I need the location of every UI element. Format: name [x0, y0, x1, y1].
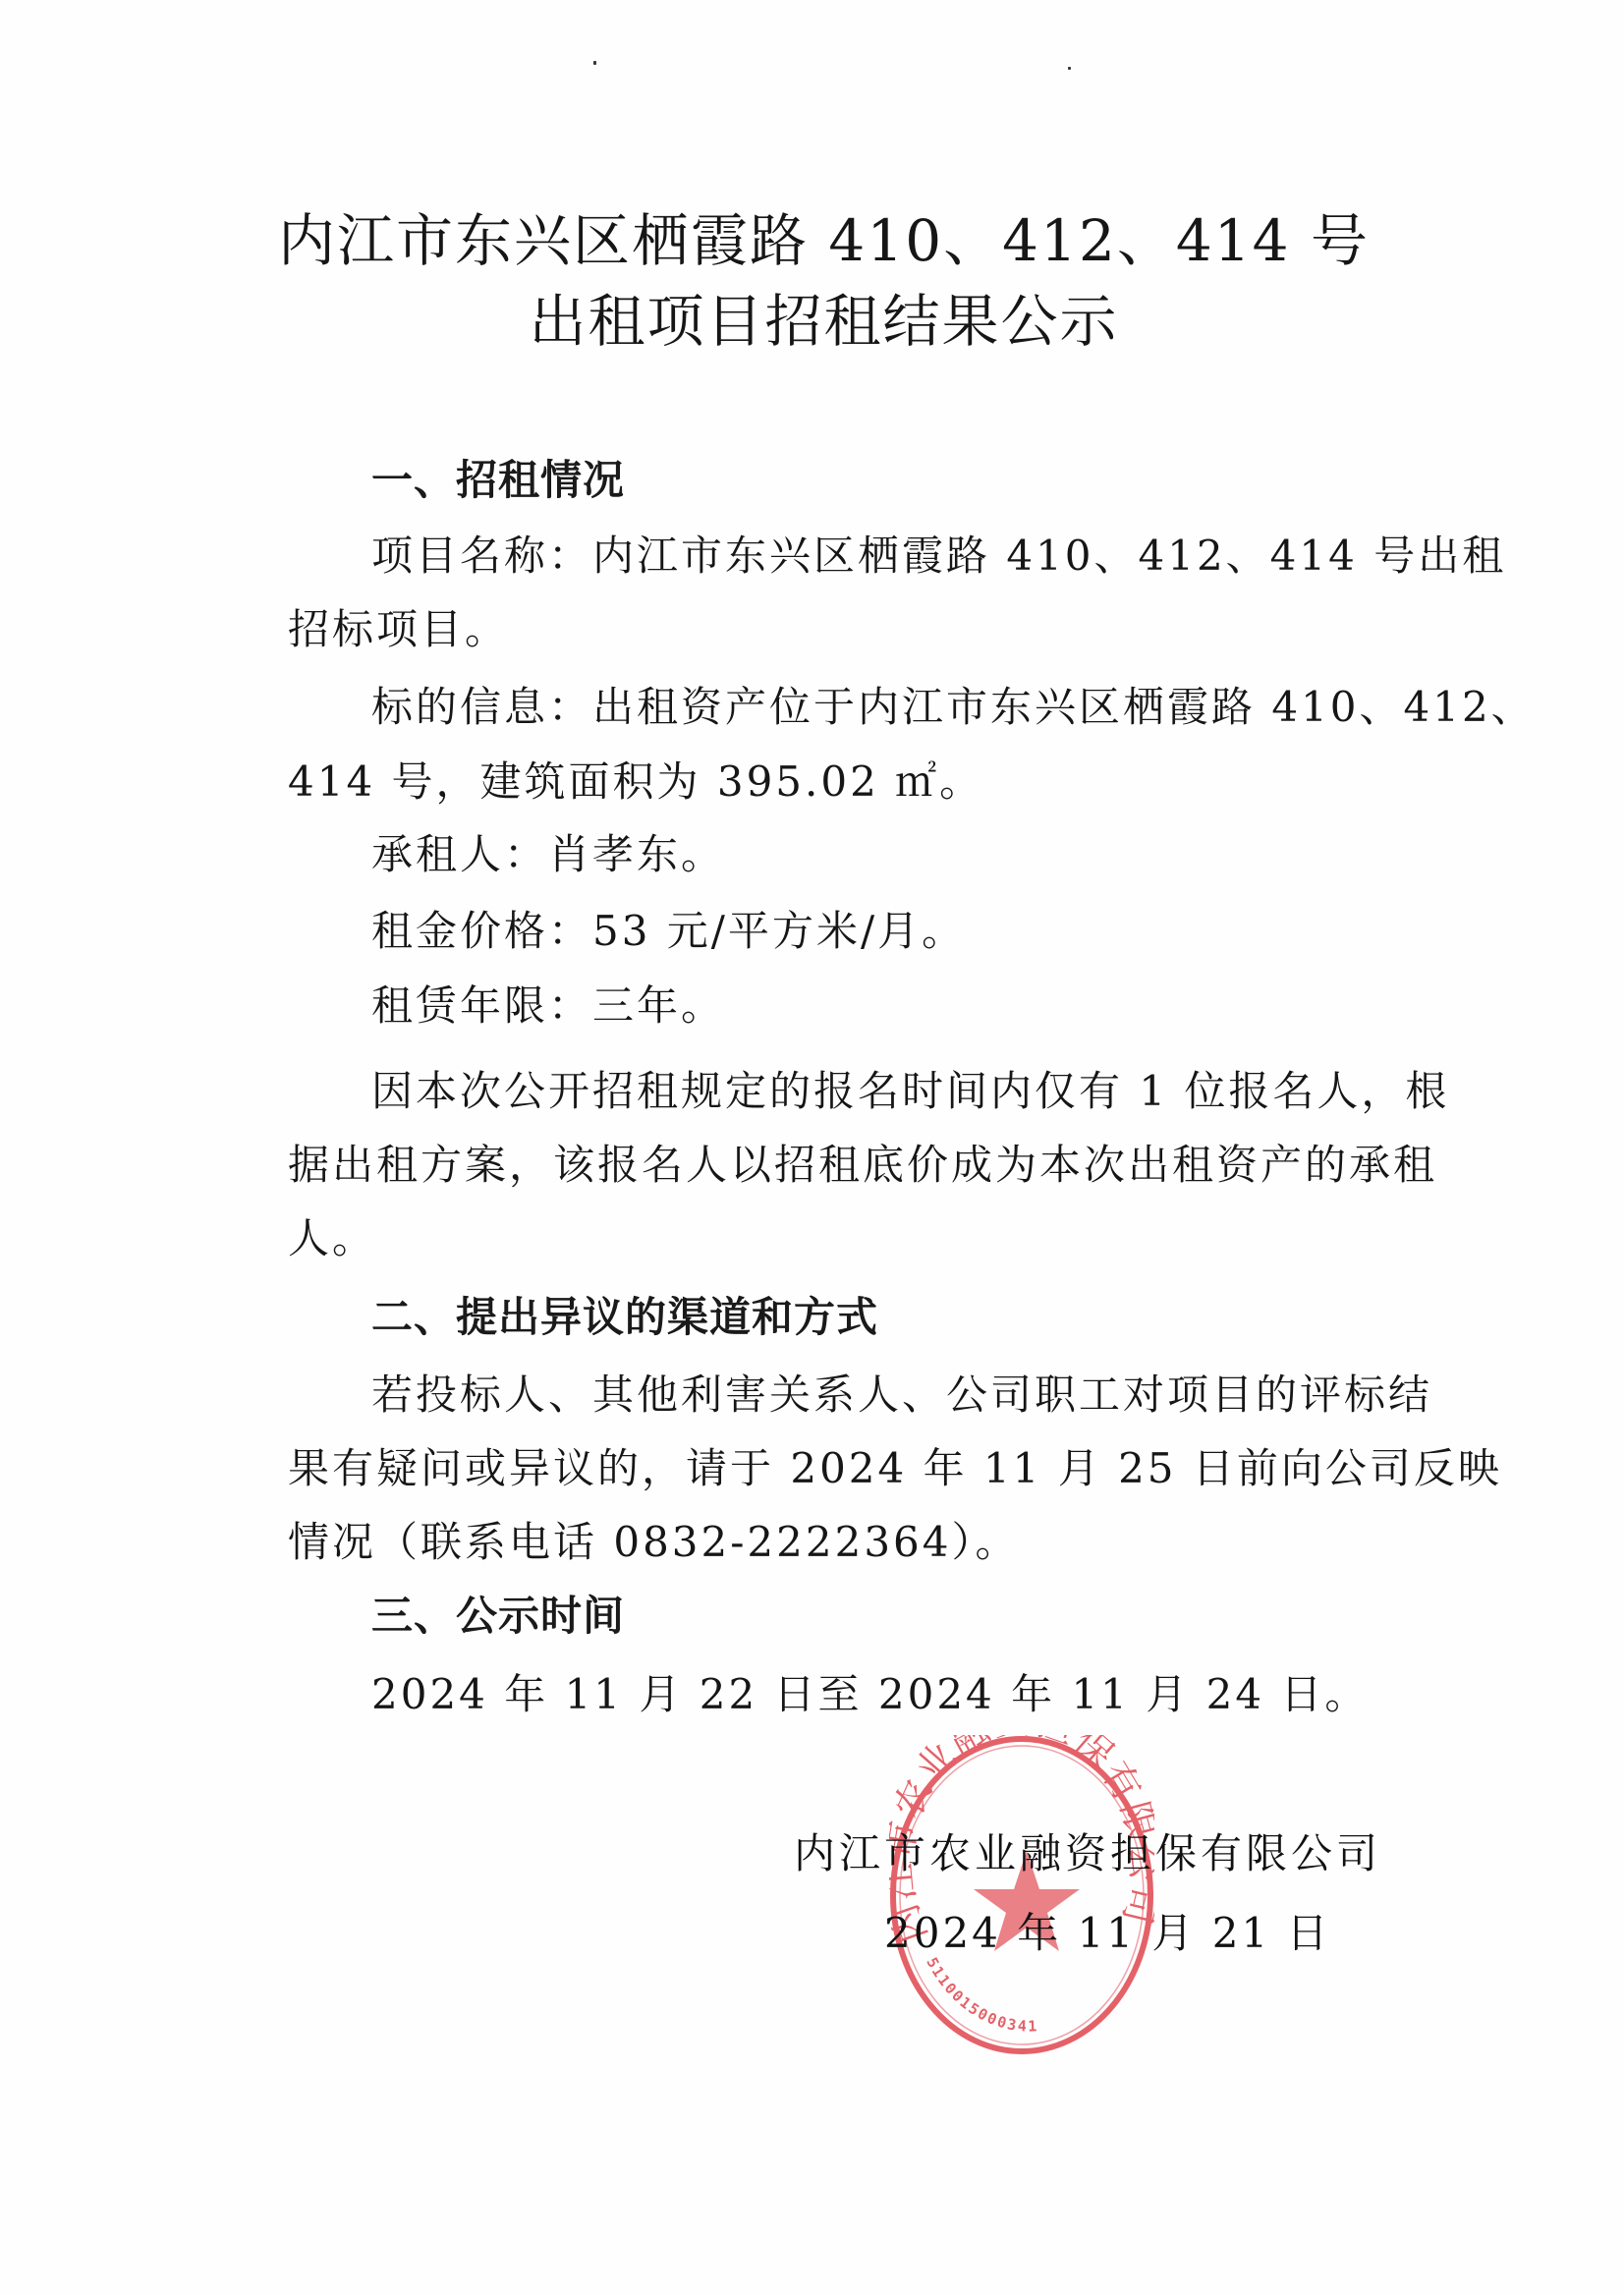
- body-line: 据出租方案，该报名人以招租底价成为本次出租资产的承租: [288, 1143, 1403, 1188]
- body-line: 人。: [288, 1216, 1403, 1261]
- scan-speck: [1068, 67, 1071, 70]
- stamp-code: 5110015000341: [923, 1954, 1038, 2035]
- body-line-lessee: 承租人：肖孝东。: [371, 832, 1403, 877]
- body-line: 414 号，建筑面积为 395.02 ㎡。: [288, 759, 1403, 805]
- body-line-rent-price: 租金价格：53 元/平方米/月。: [371, 909, 1403, 954]
- issue-date: 2024 年 11 月 21 日: [884, 1911, 1331, 1956]
- body-line: 招标项目。: [288, 607, 1403, 652]
- section-heading-objection-channels: 二、提出异议的渠道和方式: [371, 1295, 878, 1340]
- body-line: 若投标人、其他利害关系人、公司职工对项目的评标结: [371, 1372, 1403, 1418]
- section-heading-tender-status: 一、招租情况: [371, 458, 625, 503]
- body-line: 标的信息：出租资产位于内江市东兴区栖霞路 410、412、: [371, 685, 1403, 730]
- document-title-line-1: 内江市东兴区栖霞路 410、412、414 号: [12, 212, 1624, 269]
- body-line: 因本次公开招租规定的报名时间内仅有 1 位报名人，根: [371, 1069, 1403, 1114]
- body-line-lease-term: 租赁年限：三年。: [371, 983, 1403, 1029]
- company-seal-stamp: 内江市农业融资担保有限公司 5110015000341: [889, 1735, 1154, 2055]
- body-line: 项目名称：内江市东兴区栖霞路 410、412、414 号出租: [371, 533, 1403, 579]
- body-line-contact-phone: 情况（联系电话 0832-2222364）。: [288, 1520, 1403, 1565]
- scan-speck: [593, 61, 596, 65]
- issuer-company-name: 内江市农业融资担保有限公司: [794, 1831, 1381, 1876]
- document-page: 内江市东兴区栖霞路 410、412、414 号 出租项目招租结果公示 一、招租情…: [0, 0, 1624, 2295]
- svg-text:5110015000341: 5110015000341: [923, 1954, 1038, 2035]
- document-title-line-2: 出租项目招租结果公示: [12, 293, 1624, 350]
- body-line-publicity-dates: 2024 年 11 月 22 日至 2024 年 11 月 24 日。: [371, 1672, 1403, 1717]
- section-heading-publicity-period: 三、公示时间: [371, 1594, 625, 1639]
- body-line: 果有疑问或异议的，请于 2024 年 11 月 25 日前向公司反映: [288, 1446, 1403, 1491]
